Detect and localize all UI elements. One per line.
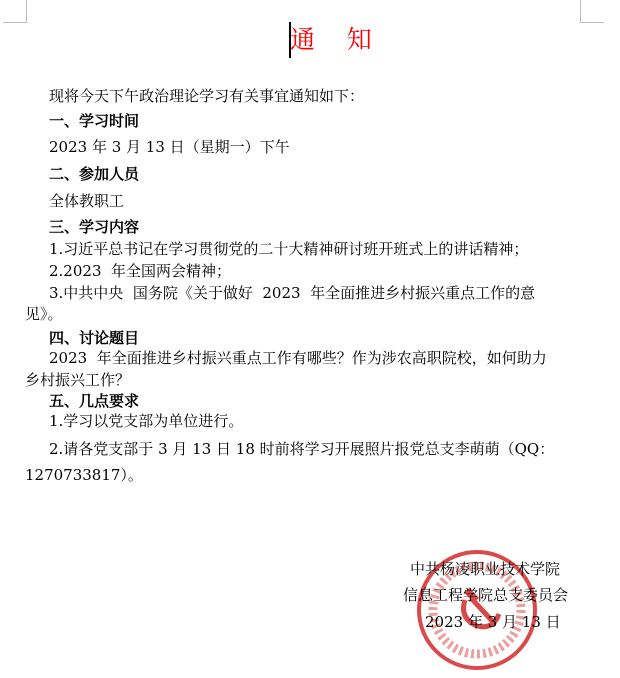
section-heading-requirements[interactable]: 五、几点要求: [49, 391, 139, 411]
requirement-item-2[interactable]: 2.请各党支部于 3 月 13 日 18 时前将学习开展照片报党总支李萌萌（QQ…: [49, 439, 554, 459]
signature-org-line-2[interactable]: 信息工程学院总支委员会: [403, 585, 568, 605]
signature-org-line-1[interactable]: 中共杨凌职业技术学院: [410, 559, 560, 579]
section-heading-participants[interactable]: 二、参加人员: [49, 164, 139, 184]
page-corner-mark-top-left: [3, 0, 27, 23]
section-heading-content[interactable]: 三、学习内容: [49, 217, 139, 237]
content-item-3-wrap[interactable]: 见》。: [25, 304, 63, 324]
section-time-line[interactable]: 2023 年 3 月 13 日（星期一）下午: [49, 137, 290, 157]
section-participants-line[interactable]: 全体教职工: [49, 191, 124, 211]
requirement-item-2-wrap[interactable]: 1270733817）。: [25, 465, 143, 485]
page-corner-mark-top-right: [580, 0, 604, 23]
requirement-item-1[interactable]: 1.学习以党支部为单位进行。: [49, 411, 243, 431]
discussion-line-2[interactable]: 乡村振兴工作？: [25, 370, 130, 390]
section-heading-time[interactable]: 一、学习时间: [49, 111, 139, 131]
content-item-2[interactable]: 2.2023 年全国两会精神；: [49, 261, 231, 281]
content-item-1[interactable]: 1.习近平总书记在学习贯彻党的二十大精神研讨班开班式上的讲话精神；: [49, 239, 528, 259]
section-heading-discussion[interactable]: 四、讨论题目: [49, 328, 139, 348]
content-item-3[interactable]: 3.中共中央 国务院《关于做好 2023 年全面推进乡村振兴重点工作的意: [49, 283, 535, 303]
intro-paragraph[interactable]: 现将今天下午政治理论学习有关事宜通知如下：: [49, 86, 364, 106]
discussion-line-1[interactable]: 2023 年全面推进乡村振兴重点工作有哪些？作为涉农高职院校，如何助力: [49, 348, 547, 368]
document-title[interactable]: 通 知: [290, 24, 372, 56]
signature-date[interactable]: 2023 年 3 月 13 日: [425, 612, 561, 632]
